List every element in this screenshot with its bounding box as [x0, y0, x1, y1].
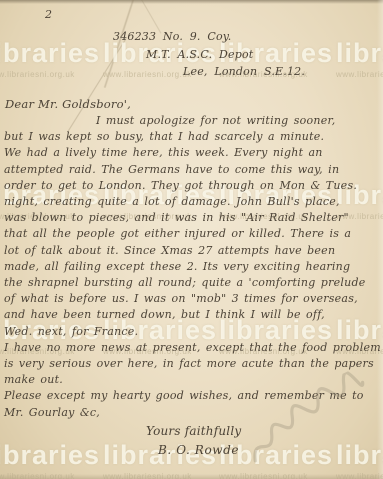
address-line: Lee, London S.E.12. [183, 65, 305, 78]
watermark-url: www.librariesni.org.uk [336, 71, 383, 79]
letter-line: night, creating quite a lot of damage. J… [4, 194, 381, 210]
letter-line: I must apologize for not writing sooner, [96, 113, 381, 129]
letter-line: of what is before us. I was on "mob" 3 t… [4, 291, 381, 307]
scanned-letter-page: librarieswww.librariesni.org.uklibraries… [0, 0, 383, 479]
watermark-text: libraries [0, 40, 116, 67]
page-number: 2 [45, 8, 52, 21]
letter-line: that all the people got either injured o… [4, 226, 381, 242]
letter-line: the shrapnel bursting all round; quite a… [4, 275, 381, 291]
scan-edge-bottom [0, 474, 383, 479]
signature: B. O. Rowde [158, 443, 239, 457]
letter-line: and have been turned down, but I think I… [4, 307, 381, 323]
closing-salutation: Yours faithfully [146, 424, 241, 438]
depot-line: M.T. A.S.C. Depot [146, 48, 253, 61]
letter-line: but I was kept so busy, that I had scarc… [4, 129, 381, 145]
watermark-text: libraries [336, 442, 383, 469]
letter-line: We had a lively time here, this week. Ev… [4, 145, 381, 161]
library-watermark: librarieswww.librariesni.org.uk [0, 40, 116, 79]
letter-line: order to get to London. They got through… [4, 178, 381, 194]
library-watermark: librarieswww.librariesni.org.uk [336, 40, 383, 79]
letter-line: made, all failing except these 2. Its ve… [4, 259, 381, 275]
greeting: Dear Mr. Goldsboro', [5, 97, 131, 111]
watermark-url: www.librariesni.org.uk [0, 71, 116, 79]
letter-body: I must apologize for not writing sooner,… [4, 113, 381, 421]
paper-crease [103, 0, 136, 88]
letter-line: Wed. next, for France. [4, 324, 381, 340]
letter-line: I have no more news at present, except t… [4, 340, 381, 356]
letter-line: is very serious over here, in fact more … [4, 356, 381, 372]
service-number-and-company: 346233 No. 9. Coy. [113, 30, 231, 43]
letter-line: was blown to pieces, and it was in his "… [4, 210, 381, 226]
letter-line: lot of talk about it. Since Xmas 27 atte… [4, 243, 381, 259]
paper-crease [140, 0, 162, 34]
watermark-text: libraries [336, 40, 383, 67]
watermark-text: libraries [0, 442, 116, 469]
scan-edge-top [0, 0, 383, 4]
letter-line: attempted raid. The Germans have to come… [4, 162, 381, 178]
